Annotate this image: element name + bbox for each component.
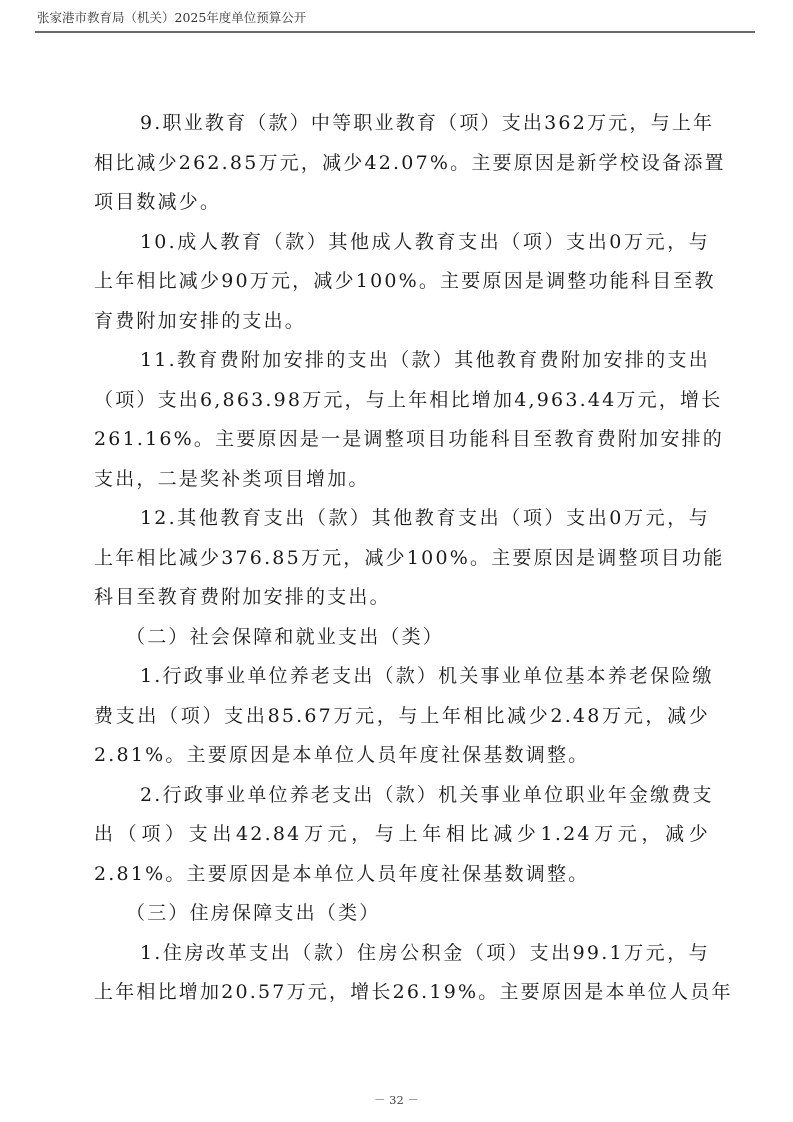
paragraph-item-11: 11.教育费附加安排的支出（款）其他教育费附加安排的支出 （项）支出6,863.… xyxy=(94,341,710,499)
text-line: 上年相比减少90万元，减少100%。主要原因是调整功能科目至教 xyxy=(94,262,710,302)
document-title: 张家港市教育局（机关）2025年度单位预算公开 xyxy=(35,10,755,26)
section-heading-social-security: （二）社会保障和就业支出（类） xyxy=(94,618,710,658)
header-divider xyxy=(35,31,755,33)
section-heading-housing: （三）住房保障支出（类） xyxy=(94,894,710,934)
paragraph-housing-fund: 1.住房改革支出（款）住房公积金（项）支出99.1万元，与 上年相比增加20.5… xyxy=(94,934,710,1013)
text-line: 上年相比减少376.85万元，减少100%。主要原因是调整项目功能 xyxy=(94,539,710,579)
paragraph-pension-occupational: 2.行政事业单位养老支出（款）机关事业单位职业年金缴费支 出（项）支出42.84… xyxy=(94,776,710,895)
text-line: 项目数减少。 xyxy=(94,183,710,223)
text-line: 育费附加安排的支出。 xyxy=(94,302,710,342)
text-line: 9.职业教育（款）中等职业教育（项）支出362万元，与上年 xyxy=(94,104,710,144)
text-line: 费支出（项）支出85.67万元，与上年相比减少2.48万元，减少 xyxy=(94,697,710,737)
text-line: 11.教育费附加安排的支出（款）其他教育费附加安排的支出 xyxy=(94,341,710,381)
text-line: 10.成人教育（款）其他成人教育支出（项）支出0万元，与 xyxy=(94,223,710,263)
page-header: 张家港市教育局（机关）2025年度单位预算公开 xyxy=(35,10,755,33)
text-line: 2.行政事业单位养老支出（款）机关事业单位职业年金缴费支 xyxy=(94,776,710,816)
text-line: 1.行政事业单位养老支出（款）机关事业单位基本养老保险缴 xyxy=(94,657,710,697)
text-line: 上年相比增加20.57万元，增长26.19%。主要原因是本单位人员年 xyxy=(94,973,710,1013)
document-body: 9.职业教育（款）中等职业教育（项）支出362万元，与上年 相比减少262.85… xyxy=(94,104,710,1013)
text-line: 科目至教育费附加安排的支出。 xyxy=(94,578,710,618)
text-line: 相比减少262.85万元，减少42.07%。主要原因是新学校设备添置 xyxy=(94,144,710,184)
text-line: 261.16%。主要原因是一是调整项目功能科目至教育费附加安排的 xyxy=(94,420,710,460)
text-line: 12.其他教育支出（款）其他教育支出（项）支出0万元，与 xyxy=(94,499,710,539)
paragraph-item-10: 10.成人教育（款）其他成人教育支出（项）支出0万元，与 上年相比减少90万元，… xyxy=(94,223,710,342)
text-line: 出（项）支出42.84万元，与上年相比减少1.24万元，减少 xyxy=(94,815,710,855)
paragraph-item-12: 12.其他教育支出（款）其他教育支出（项）支出0万元，与 上年相比减少376.8… xyxy=(94,499,710,618)
text-line: （项）支出6,863.98万元，与上年相比增加4,963.44万元，增长 xyxy=(94,381,710,421)
paragraph-item-9: 9.职业教育（款）中等职业教育（项）支出362万元，与上年 相比减少262.85… xyxy=(94,104,710,223)
text-line: 1.住房改革支出（款）住房公积金（项）支出99.1万元，与 xyxy=(94,934,710,974)
text-line: 支出，二是奖补类项目增加。 xyxy=(94,460,710,500)
text-line: 2.81%。主要原因是本单位人员年度社保基数调整。 xyxy=(94,736,710,776)
page-number: － 32 － xyxy=(0,1092,793,1108)
paragraph-pension-basic: 1.行政事业单位养老支出（款）机关事业单位基本养老保险缴 费支出（项）支出85.… xyxy=(94,657,710,776)
text-line: 2.81%。主要原因是本单位人员年度社保基数调整。 xyxy=(94,855,710,895)
